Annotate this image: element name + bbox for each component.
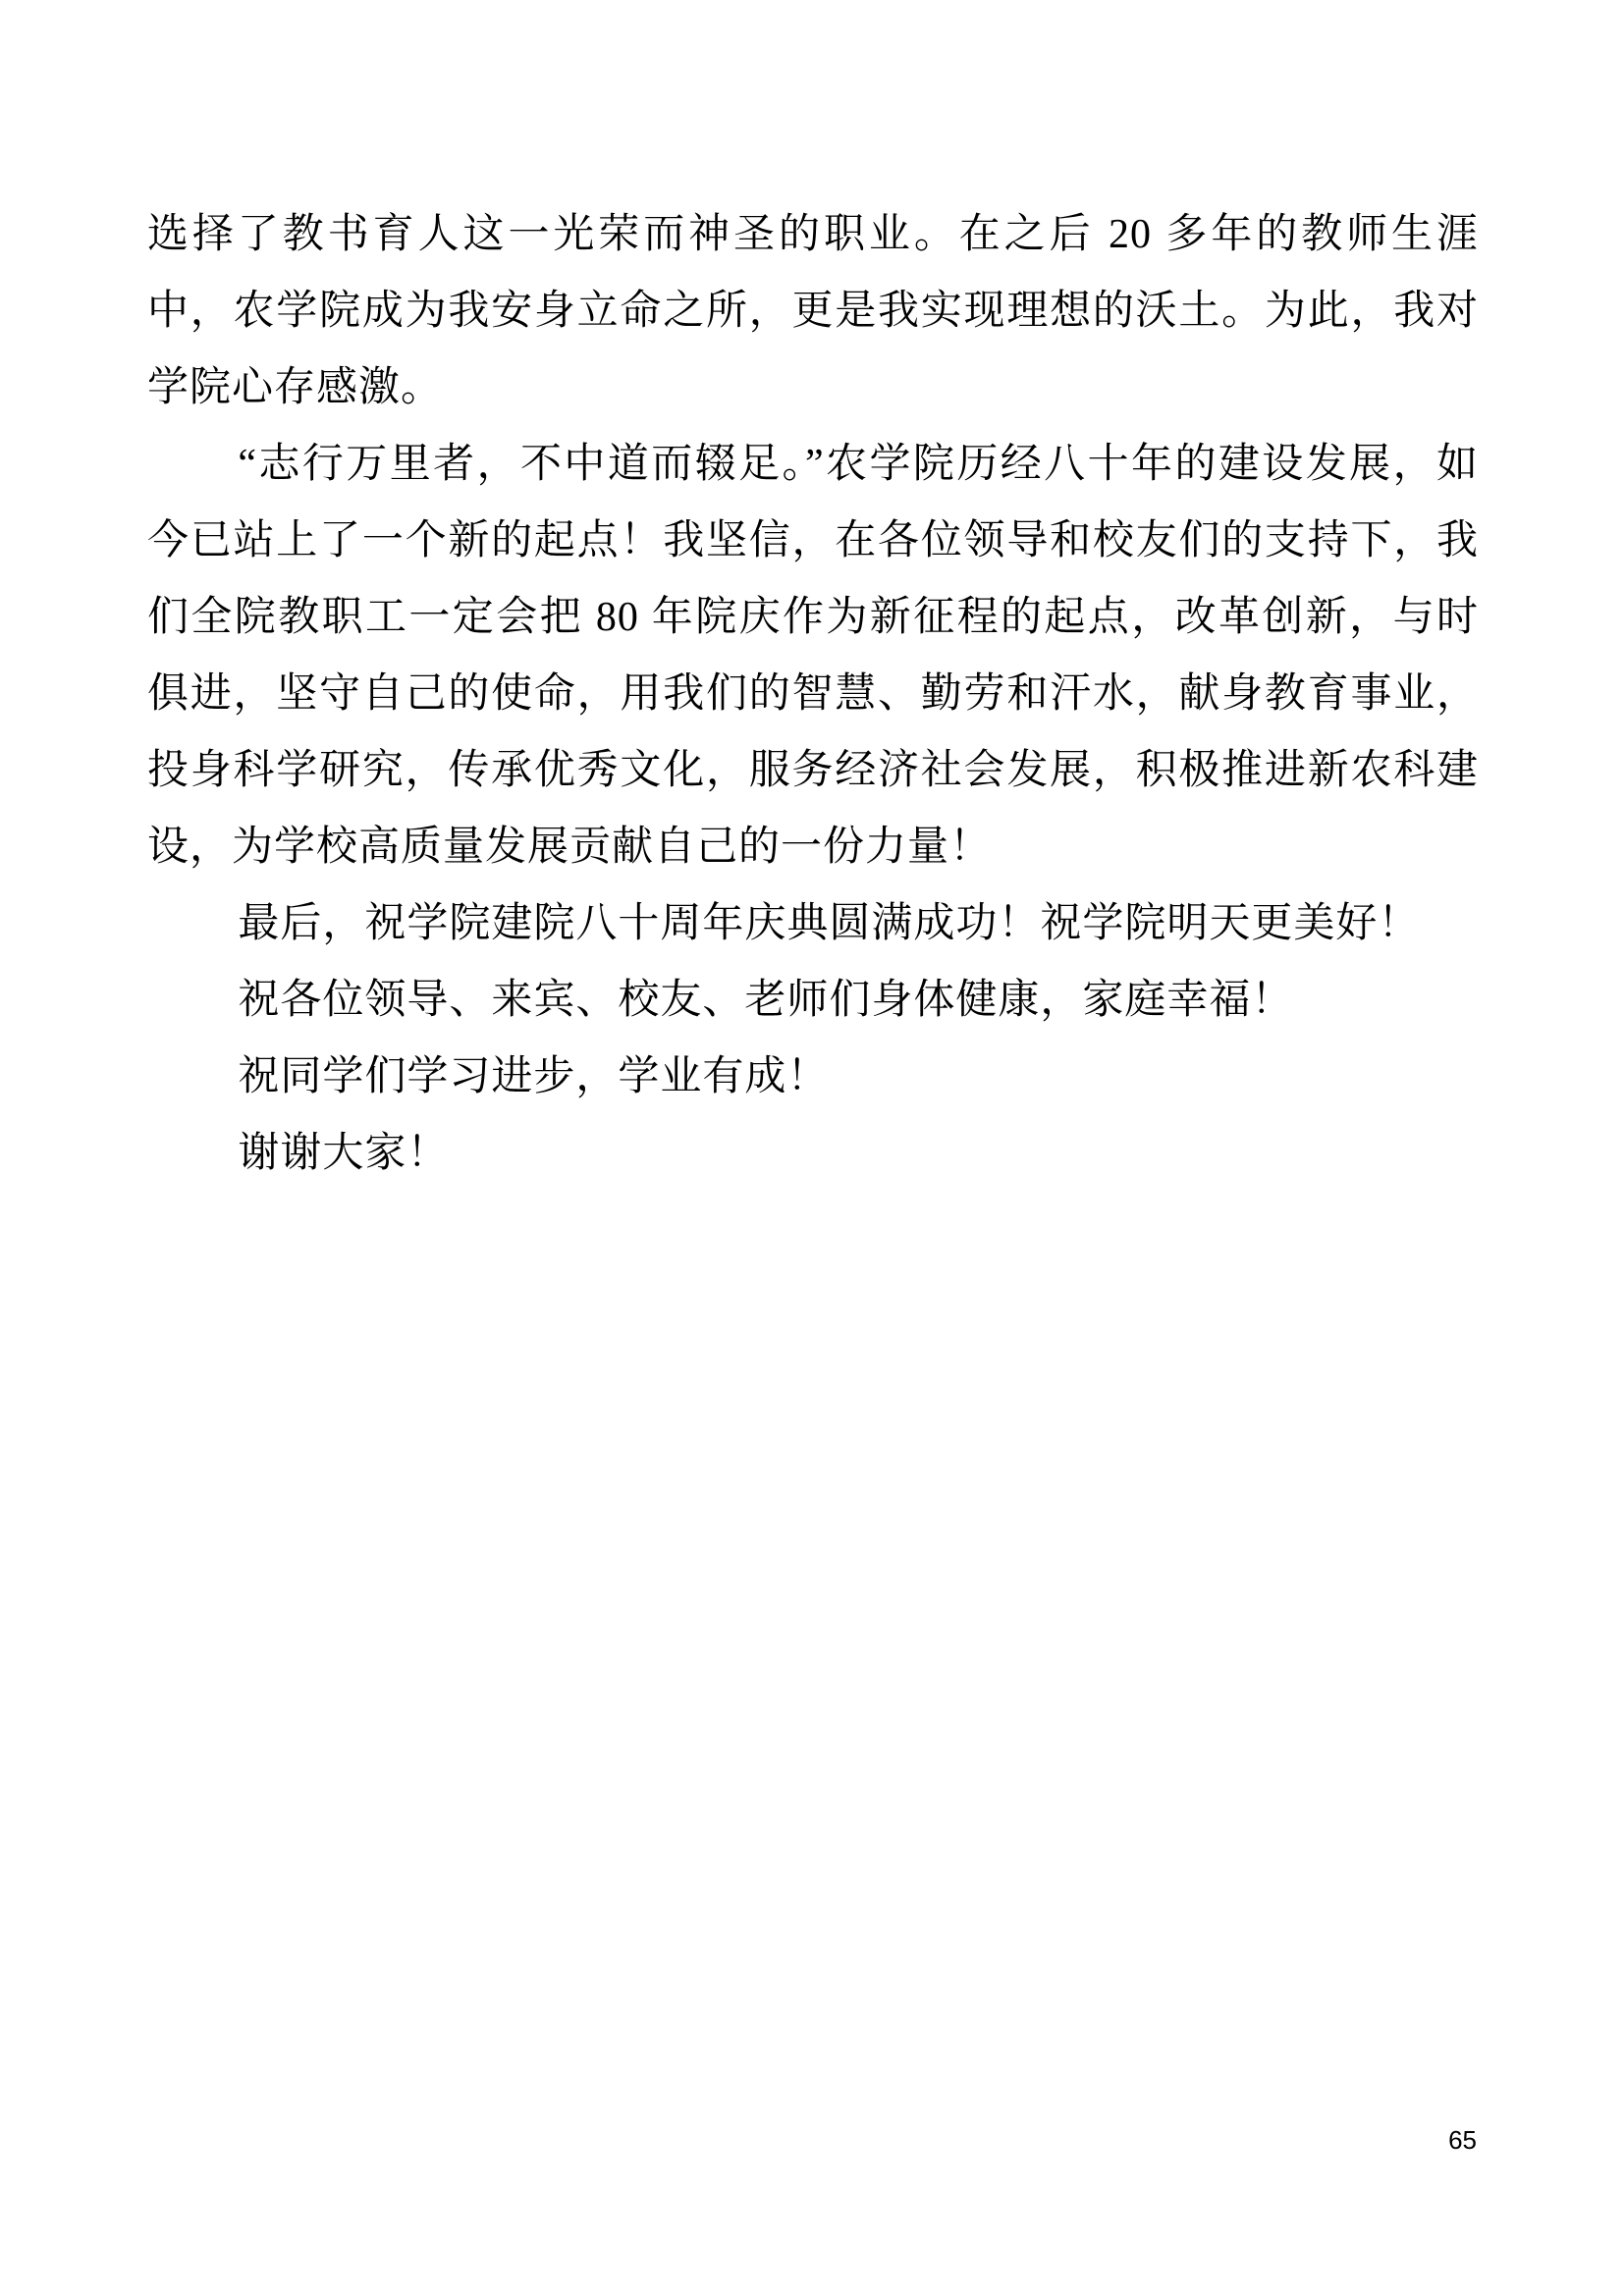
page-number: 65 — [1448, 2124, 1477, 2156]
paragraph-wish-students: 祝同学们学习进步，学业有成！ — [147, 1039, 1479, 1115]
document-page: 选择了教书育人这一光荣而神圣的职业。在之后 20 多年的教师生涯中，农学院成为我… — [0, 0, 1624, 2296]
document-body: 选择了教书育人这一光荣而神圣的职业。在之后 20 多年的教师生涯中，农学院成为我… — [147, 196, 1479, 1192]
paragraph-thanks: 谢谢大家！ — [147, 1115, 1479, 1192]
paragraph-quote-development: “志行万里者，不中道而辍足。”农学院历经八十年的建设发展，如今已站上了一个新的起… — [147, 426, 1479, 885]
paragraph-wish-guests: 祝各位领导、来宾、校友、老师们身体健康，家庭幸福！ — [147, 962, 1479, 1039]
paragraph-wish-anniversary: 最后，祝学院建院八十周年庆典圆满成功！祝学院明天更美好！ — [147, 885, 1479, 962]
paragraph-continuation: 选择了教书育人这一光荣而神圣的职业。在之后 20 多年的教师生涯中，农学院成为我… — [147, 196, 1479, 426]
